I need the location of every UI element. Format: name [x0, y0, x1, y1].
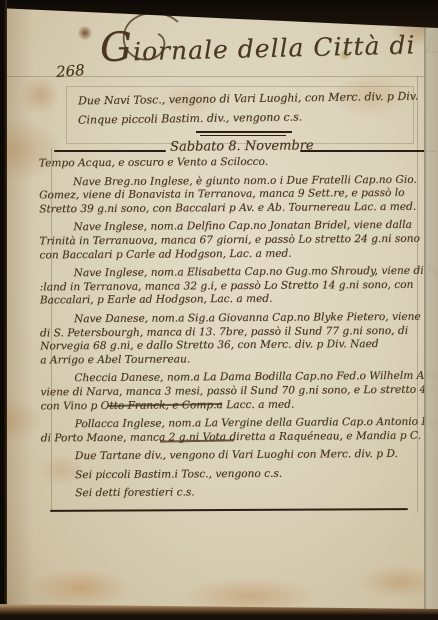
manuscript-line: Baccalari, p Earle ad Hodgson, Lac. a me… [40, 292, 432, 308]
heading-rule-right [300, 150, 436, 152]
journal-entry: Due Tartane div., vengono di Vari Luoghi… [41, 448, 433, 464]
adjacent-page-edge [424, 0, 438, 620]
manuscript-line: con Vino p Otto Franck, e Comp.a Lacc. a… [40, 397, 432, 413]
photo-edge-left [0, 0, 7, 620]
journal-entry: Nave Inglese, nom.a Elisabetta Cap.no Gu… [40, 265, 432, 309]
manuscript-line: Sei detti forestieri c.s. [41, 485, 433, 501]
manuscript-line: Due Tartane div., vengono di Vari Luoghi… [41, 448, 433, 464]
manuscript-line: con Baccalari p Carle ad Hodgson, Lac. a… [39, 246, 431, 262]
journal-entry: Nave Inglese, nom.a Delfino Cap.no Jonat… [39, 219, 431, 263]
entries: Nave Breg.no Inglese, è giunto nom.o i D… [39, 173, 433, 501]
section-end-rule [196, 131, 292, 136]
manuscript-line: a Arrigo e Abel Tournereau. [40, 351, 432, 367]
manuscript-line: Sei piccoli Bastim.i Tosc., vengono c.s. [41, 467, 433, 483]
manuscript-line: di Porto Maone, manca 2 g.ni Vota dirett… [41, 429, 433, 445]
journal-entry: Pollacca Inglese, nom.a La Vergine della… [41, 416, 433, 446]
page-number: 268 [55, 61, 85, 81]
date-heading: Sabbato 8. Novembre [170, 138, 314, 155]
manuscript-line: Trinità in Terranuova, manca 67 giorni, … [39, 233, 431, 249]
journal-entry: Sei detti forestieri c.s. [41, 485, 433, 501]
manuscript-line: Stretto 39 g.ni sono, con Baccalari p Av… [39, 200, 431, 216]
manuscript-line: Norvegia 68 g.ni, e dallo Stretto 36, co… [40, 338, 432, 354]
heading-rule-left [54, 150, 166, 152]
manuscript-body: Tempo Acqua, e oscuro e Vento a Scilocco… [39, 155, 433, 502]
weather-line: Tempo Acqua, e oscuro e Vento a Scilocco… [39, 155, 431, 171]
journal-entry: Checcia Danese, nom.a La Dama Bodilla Ca… [40, 370, 432, 414]
manuscript-scan: 268 Giornale della Città di Livorno Due … [0, 0, 438, 620]
journal-entry: Sei piccoli Bastim.i Tosc., vengono c.s. [41, 467, 433, 483]
manuscript-line: viene di Narva, manca 3 mesi, passò il S… [40, 384, 432, 400]
journal-entry: Nave Danese, nom.a Sig.a Giovanna Cap.no… [40, 311, 432, 368]
journal-entry: Nave Breg.no Inglese, è giunto nom.o i D… [39, 173, 431, 217]
